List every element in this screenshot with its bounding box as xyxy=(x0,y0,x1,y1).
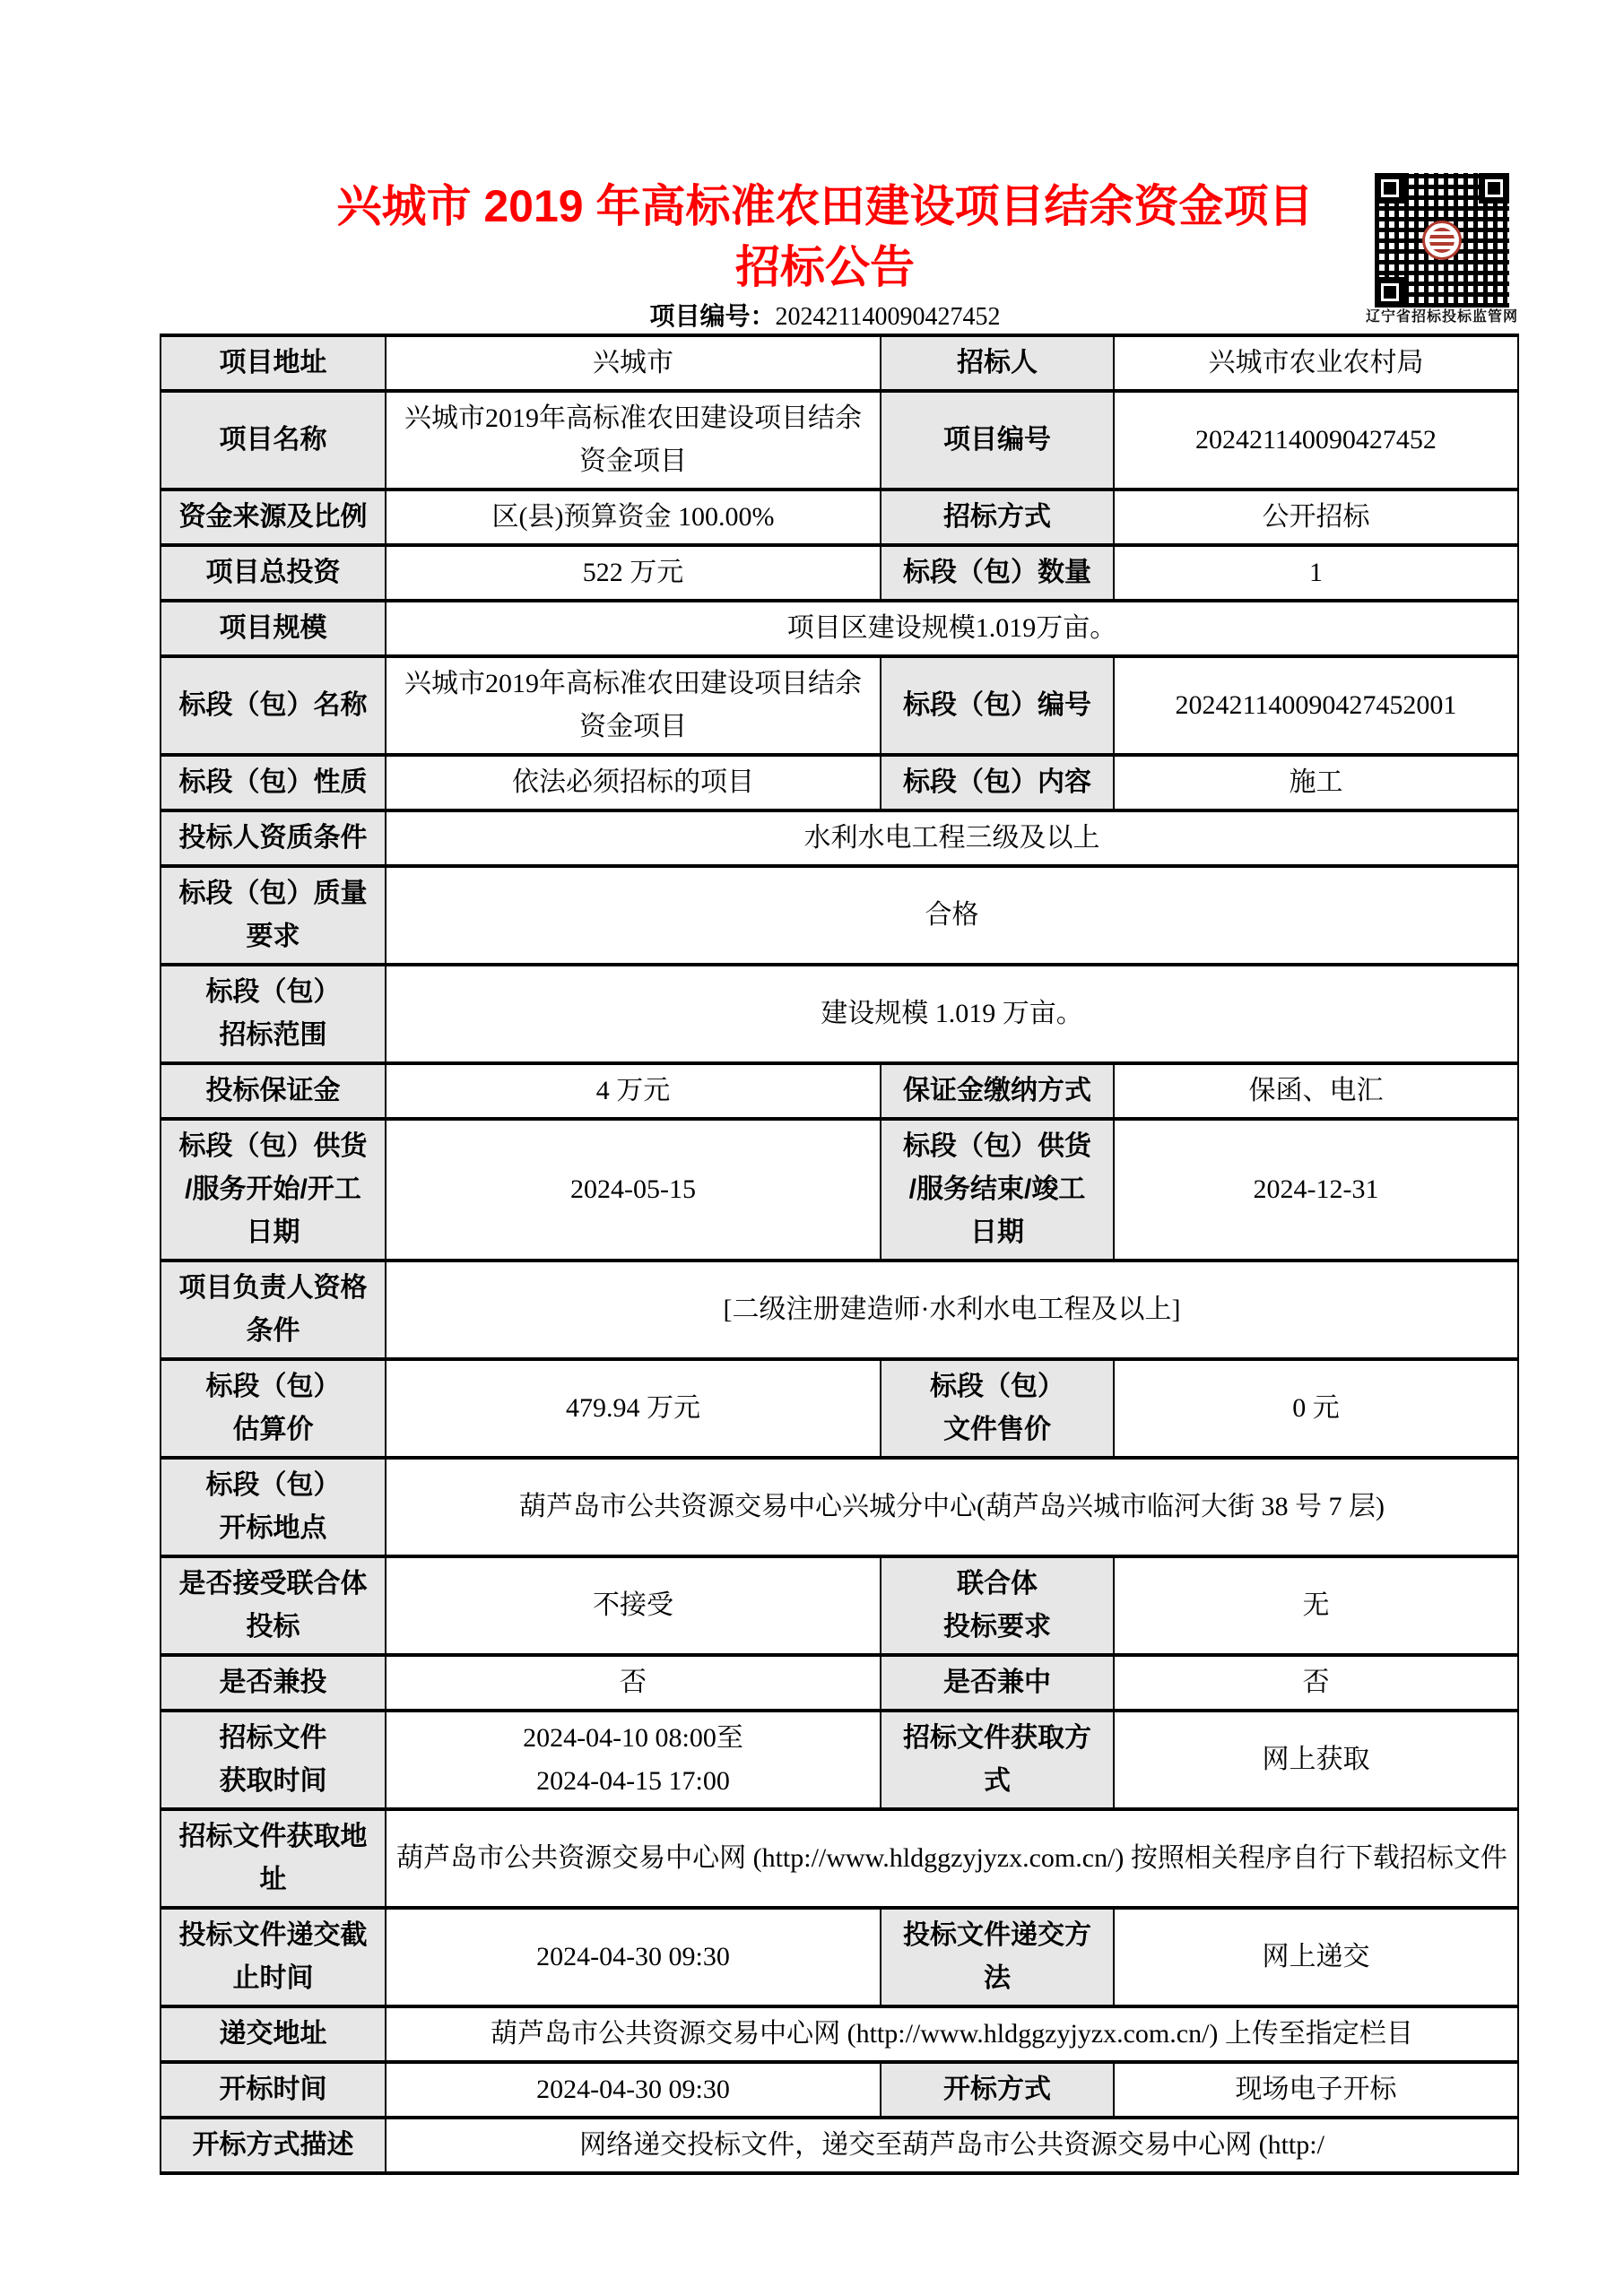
table-row: 项目地址 兴城市 招标人 兴城市农业农村局 xyxy=(161,335,1518,391)
table-row: 标段（包） 开标地点 葫芦岛市公共资源交易中心兴城分中心(葫芦岛兴城市临河大街 … xyxy=(161,1458,1518,1556)
start-date-label: 标段（包）供货 /服务开始/开工 日期 xyxy=(161,1119,386,1261)
table-row: 递交地址 葫芦岛市公共资源交易中心网 (http://www.hldggzyjy… xyxy=(161,2006,1518,2062)
table-row: 招标文件获取地 址 葫芦岛市公共资源交易中心网 (http://www.hldg… xyxy=(161,1809,1518,1908)
joint-venture-value: 不接受 xyxy=(386,1556,881,1655)
qr-caption: 辽宁省招标投标监管网 xyxy=(1361,308,1523,326)
project-number-line: 项目编号：202421140090427452 xyxy=(152,301,1498,333)
section-nature-value: 依法必须招标的项目 xyxy=(386,755,881,810)
table-row: 项目负责人资格 条件 [二级注册建造师·水利水电工程及以上] xyxy=(161,1261,1518,1359)
project-name-label: 项目名称 xyxy=(161,391,386,490)
bid-method-label: 招标方式 xyxy=(881,490,1114,545)
project-number-label: 项目编号： xyxy=(650,302,776,330)
tenderer-value: 兴城市农业农村局 xyxy=(1114,335,1518,391)
project-number-value: 202421140090427452 xyxy=(1114,391,1518,490)
multi-win-label: 是否兼中 xyxy=(881,1655,1114,1711)
fund-source-label: 资金来源及比例 xyxy=(161,490,386,545)
manager-qualification-value: [二级注册建造师·水利水电工程及以上] xyxy=(386,1261,1518,1359)
total-investment-value: 522 万元 xyxy=(386,545,881,601)
table-row: 投标人资质条件 水利水电工程三级及以上 xyxy=(161,810,1518,866)
table-row: 标段（包）供货 /服务开始/开工 日期 2024-05-15 标段（包）供货 /… xyxy=(161,1119,1518,1261)
table-row: 招标文件 获取时间 2024-04-10 08:00至 2024-04-15 1… xyxy=(161,1711,1518,1809)
bid-bond-value: 4 万元 xyxy=(386,1063,881,1119)
section-content-value: 施工 xyxy=(1114,755,1518,810)
section-count-label: 标段（包）数量 xyxy=(881,545,1114,601)
joint-venture-label: 是否接受联合体 投标 xyxy=(161,1556,386,1655)
table-row: 标段（包）质量 要求 合格 xyxy=(161,866,1518,965)
tenderer-label: 招标人 xyxy=(881,335,1114,391)
table-row: 标段（包）性质 依法必须招标的项目 标段（包）内容 施工 xyxy=(161,755,1518,810)
multi-bid-value: 否 xyxy=(386,1655,881,1711)
section-content-label: 标段（包）内容 xyxy=(881,755,1114,810)
bid-opening-place-value: 葫芦岛市公共资源交易中心兴城分中心(葫芦岛兴城市临河大街 38 号 7 层) xyxy=(386,1458,1518,1556)
multi-bid-label: 是否兼投 xyxy=(161,1655,386,1711)
submission-deadline-label: 投标文件递交截 止时间 xyxy=(161,1908,386,2006)
qr-center-logo-icon xyxy=(1422,221,1462,260)
end-date-label: 标段（包）供货 /服务结束/竣工 日期 xyxy=(881,1119,1114,1261)
page-subtitle: 招标公告 xyxy=(152,237,1498,298)
project-address-value: 兴城市 xyxy=(386,335,881,391)
submission-method-value: 网上递交 xyxy=(1114,1908,1518,2006)
bid-opening-time-value: 2024-04-30 09:30 xyxy=(386,2062,881,2118)
section-number-value: 202421140090427452001 xyxy=(1114,656,1518,755)
qr-finder-icon xyxy=(1375,277,1405,308)
bid-opening-method-label: 开标方式 xyxy=(881,2062,1114,2118)
bond-payment-method-label: 保证金缴纳方式 xyxy=(881,1063,1114,1119)
estimated-price-label: 标段（包） 估算价 xyxy=(161,1359,386,1458)
section-quality-value: 合格 xyxy=(386,866,1518,965)
fund-source-value: 区(县)预算资金 100.00% xyxy=(386,490,881,545)
section-name-value: 兴城市2019年高标准农田建设项目结余资金项目 xyxy=(386,656,881,755)
bidder-qualification-value: 水利水电工程三级及以上 xyxy=(386,810,1518,866)
page-title: 兴城市 2019 年高标准农田建设项目结余资金项目 xyxy=(152,176,1498,237)
section-count-value: 1 xyxy=(1114,545,1518,601)
document-price-value: 0 元 xyxy=(1114,1359,1518,1458)
document-page: 兴城市 2019 年高标准农田建设项目结余资金项目 招标公告 项目编号：2024… xyxy=(0,0,1624,2296)
project-scale-value: 项目区建设规模1.019万亩。 xyxy=(386,601,1518,656)
estimated-price-value: 479.94 万元 xyxy=(386,1359,881,1458)
project-scale-label: 项目规模 xyxy=(161,601,386,656)
qr-finder-icon xyxy=(1479,173,1509,204)
document-price-label: 标段（包） 文件售价 xyxy=(881,1359,1114,1458)
table-row: 标段（包）名称 兴城市2019年高标准农田建设项目结余资金项目 标段（包）编号 … xyxy=(161,656,1518,755)
table-row: 项目规模 项目区建设规模1.019万亩。 xyxy=(161,601,1518,656)
table-row: 是否接受联合体 投标 不接受 联合体 投标要求 无 xyxy=(161,1556,1518,1655)
bid-opening-method-value: 现场电子开标 xyxy=(1114,2062,1518,2118)
document-obtain-method-value: 网上获取 xyxy=(1114,1711,1518,1809)
section-number-label: 标段（包）编号 xyxy=(881,656,1114,755)
submission-method-label: 投标文件递交方 法 xyxy=(881,1908,1114,2006)
project-number-value: 202421140090427452 xyxy=(776,303,1001,331)
bid-bond-label: 投标保证金 xyxy=(161,1063,386,1119)
bond-payment-method-value: 保函、电汇 xyxy=(1114,1063,1518,1119)
table-row: 是否兼投 否 是否兼中 否 xyxy=(161,1655,1518,1711)
project-name-value: 兴城市2019年高标准农田建设项目结余资金项目 xyxy=(386,391,881,490)
document-obtain-address-value: 葫芦岛市公共资源交易中心网 (http://www.hldggzyjyzx.co… xyxy=(386,1809,1518,1908)
section-quality-label: 标段（包）质量 要求 xyxy=(161,866,386,965)
bidder-qualification-label: 投标人资质条件 xyxy=(161,810,386,866)
joint-venture-requirement-label: 联合体 投标要求 xyxy=(881,1556,1114,1655)
bid-opening-time-label: 开标时间 xyxy=(161,2062,386,2118)
qr-finder-icon xyxy=(1375,173,1405,204)
bid-opening-description-value: 网络递交投标文件，递交至葫芦岛市公共资源交易中心网 (http:/ xyxy=(386,2118,1518,2173)
multi-win-value: 否 xyxy=(1114,1655,1518,1711)
table-row: 开标方式描述 网络递交投标文件，递交至葫芦岛市公共资源交易中心网 (http:/ xyxy=(161,2118,1518,2173)
table-row: 标段（包） 招标范围 建设规模 1.019 万亩。 xyxy=(161,965,1518,1063)
project-address-label: 项目地址 xyxy=(161,335,386,391)
table-row: 开标时间 2024-04-30 09:30 开标方式 现场电子开标 xyxy=(161,2062,1518,2118)
table-row: 资金来源及比例 区(县)预算资金 100.00% 招标方式 公开招标 xyxy=(161,490,1518,545)
project-number-label: 项目编号 xyxy=(881,391,1114,490)
total-investment-label: 项目总投资 xyxy=(161,545,386,601)
qr-code-icon xyxy=(1375,173,1509,308)
document-obtain-time-value: 2024-04-10 08:00至 2024-04-15 17:00 xyxy=(386,1711,881,1809)
end-date-value: 2024-12-31 xyxy=(1114,1119,1518,1261)
submission-address-value: 葫芦岛市公共资源交易中心网 (http://www.hldggzyjyzx.co… xyxy=(386,2006,1518,2062)
announcement-table: 项目地址 兴城市 招标人 兴城市农业农村局 项目名称 兴城市2019年高标准农田… xyxy=(160,334,1519,2175)
table-row: 项目名称 兴城市2019年高标准农田建设项目结余资金项目 项目编号 202421… xyxy=(161,391,1518,490)
document-obtain-method-label: 招标文件获取方 式 xyxy=(881,1711,1114,1809)
start-date-value: 2024-05-15 xyxy=(386,1119,881,1261)
title-block: 兴城市 2019 年高标准农田建设项目结余资金项目 招标公告 项目编号：2024… xyxy=(152,176,1498,333)
section-scope-label: 标段（包） 招标范围 xyxy=(161,965,386,1063)
joint-venture-requirement-value: 无 xyxy=(1114,1556,1518,1655)
section-scope-value: 建设规模 1.019 万亩。 xyxy=(386,965,1518,1063)
table-row: 投标文件递交截 止时间 2024-04-30 09:30 投标文件递交方 法 网… xyxy=(161,1908,1518,2006)
bid-opening-place-label: 标段（包） 开标地点 xyxy=(161,1458,386,1556)
document-obtain-time-label: 招标文件 获取时间 xyxy=(161,1711,386,1809)
bid-method-value: 公开招标 xyxy=(1114,490,1518,545)
table-row: 投标保证金 4 万元 保证金缴纳方式 保函、电汇 xyxy=(161,1063,1518,1119)
submission-address-label: 递交地址 xyxy=(161,2006,386,2062)
submission-deadline-value: 2024-04-30 09:30 xyxy=(386,1908,881,2006)
section-nature-label: 标段（包）性质 xyxy=(161,755,386,810)
bid-opening-description-label: 开标方式描述 xyxy=(161,2118,386,2173)
section-name-label: 标段（包）名称 xyxy=(161,656,386,755)
document-obtain-address-label: 招标文件获取地 址 xyxy=(161,1809,386,1908)
table-row: 标段（包） 估算价 479.94 万元 标段（包） 文件售价 0 元 xyxy=(161,1359,1518,1458)
manager-qualification-label: 项目负责人资格 条件 xyxy=(161,1261,386,1359)
table-row: 项目总投资 522 万元 标段（包）数量 1 xyxy=(161,545,1518,601)
